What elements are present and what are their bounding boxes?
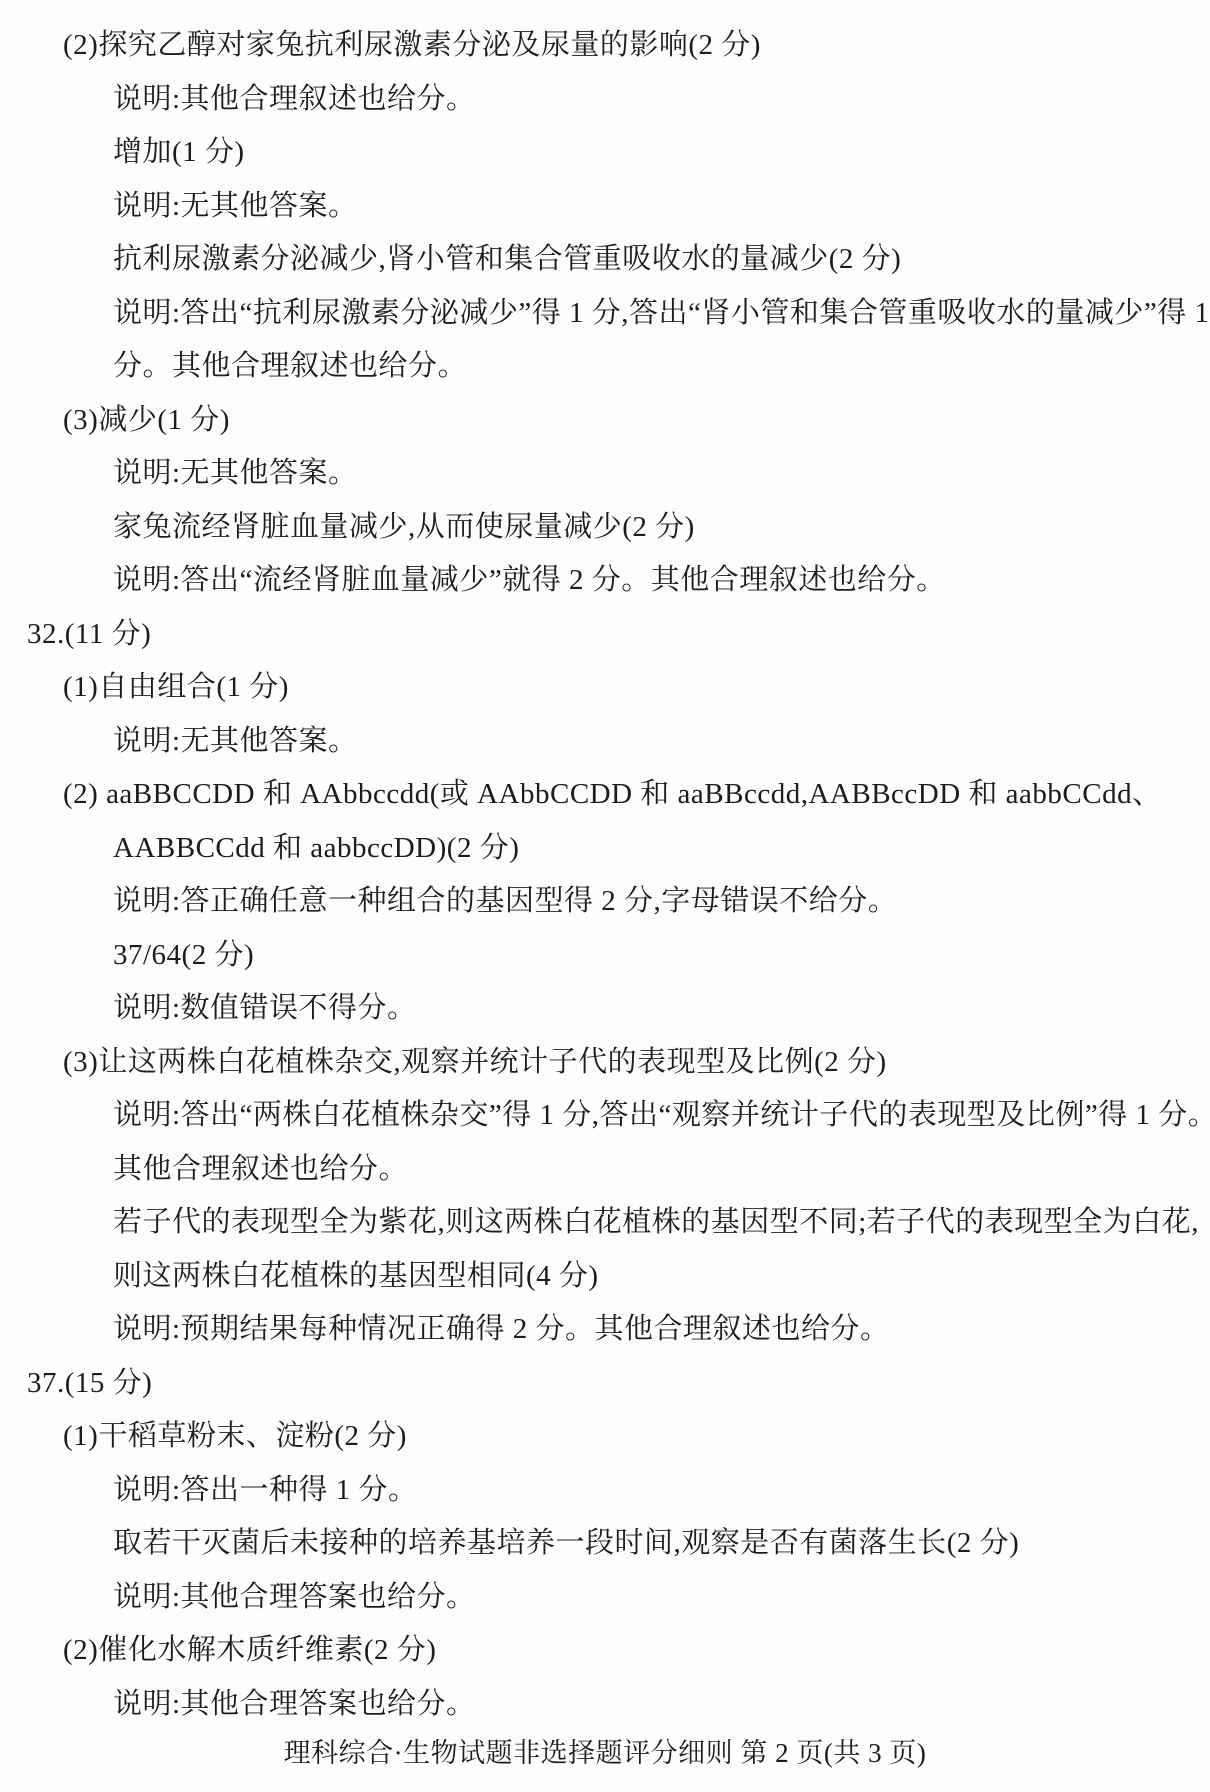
text-line: 说明:数值错误不得分。 [0,979,1210,1033]
document-body: (2)探究乙醇对家兔抗利尿激素分泌及尿量的影响(2 分)说明:其他合理叙述也给分… [0,16,1210,1728]
text-line: (2)催化水解木质纤维素(2 分) [0,1621,1210,1675]
text-line: 若子代的表现型全为紫花,则这两株白花植株的基因型不同;若子代的表现型全为白花, [0,1193,1210,1247]
text-line: 分。其他合理叙述也给分。 [0,337,1210,391]
text-line: 抗利尿激素分泌减少,肾小管和集合管重吸收水的量减少(2 分) [0,230,1210,284]
text-line: 32.(11 分) [0,605,1210,659]
text-line: 说明:答正确任意一种组合的基因型得 2 分,字母错误不给分。 [0,872,1210,926]
text-line: 说明:无其他答案。 [0,177,1210,231]
page-footer: 理科综合·生物试题非选择题评分细则 第 2 页(共 3 页) [0,1731,1210,1770]
text-line: 说明:答出“抗利尿激素分泌减少”得 1 分,答出“肾小管和集合管重吸收水的量减少… [0,284,1210,338]
text-line: (3)让这两株白花植株杂交,观察并统计子代的表现型及比例(2 分) [0,1033,1210,1087]
text-line: 说明:其他合理答案也给分。 [0,1675,1210,1729]
text-line: (1)自由组合(1 分) [0,658,1210,712]
text-line: 说明:其他合理叙述也给分。 [0,70,1210,124]
text-line: (1)干稻草粉末、淀粉(2 分) [0,1407,1210,1461]
text-line: 说明:预期结果每种情况正确得 2 分。其他合理叙述也给分。 [0,1300,1210,1354]
text-line: (2) aaBBCCDD 和 AAbbccdd(或 AAbbCCDD 和 aaB… [0,765,1210,819]
document-page: (2)探究乙醇对家兔抗利尿激素分泌及尿量的影响(2 分)说明:其他合理叙述也给分… [0,0,1210,1792]
text-line: (3)减少(1 分) [0,391,1210,445]
text-line: 说明:答出“流经肾脏血量减少”就得 2 分。其他合理叙述也给分。 [0,551,1210,605]
text-line: 家兔流经肾脏血量减少,从而使尿量减少(2 分) [0,498,1210,552]
text-line: 37.(15 分) [0,1354,1210,1408]
text-line: 则这两株白花植株的基因型相同(4 分) [0,1247,1210,1301]
text-line: 说明:无其他答案。 [0,712,1210,766]
text-line: 其他合理叙述也给分。 [0,1140,1210,1194]
text-line: 说明:其他合理答案也给分。 [0,1568,1210,1622]
text-line: 增加(1 分) [0,123,1210,177]
text-line: (2)探究乙醇对家兔抗利尿激素分泌及尿量的影响(2 分) [0,16,1210,70]
text-line: 37/64(2 分) [0,926,1210,980]
text-line: 说明:答出一种得 1 分。 [0,1461,1210,1515]
text-line: 取若干灭菌后未接种的培养基培养一段时间,观察是否有菌落生长(2 分) [0,1514,1210,1568]
text-line: 说明:无其他答案。 [0,444,1210,498]
text-line: AABBCCdd 和 aabbccDD)(2 分) [0,819,1210,873]
text-line: 说明:答出“两株白花植株杂交”得 1 分,答出“观察并统计子代的表现型及比例”得… [0,1086,1210,1140]
